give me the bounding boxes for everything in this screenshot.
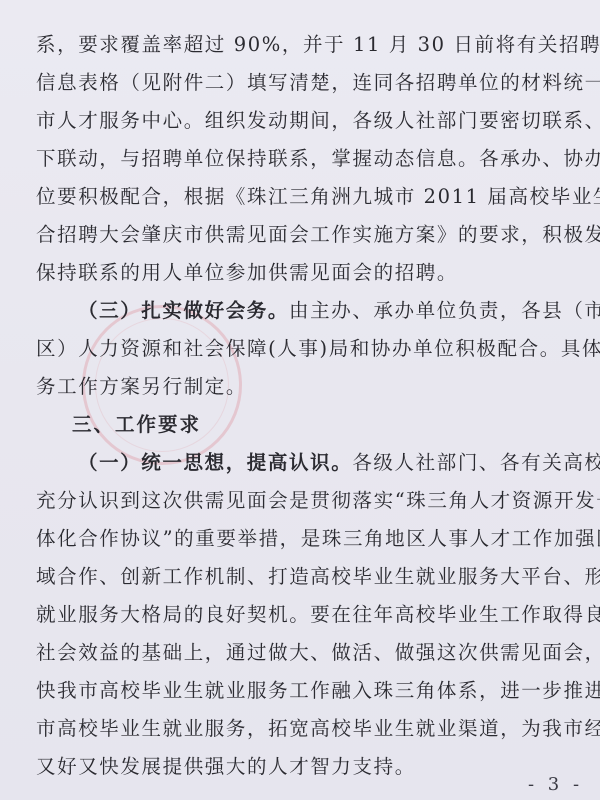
body-line: 体化合作协议”的重要举措，是珠三角地区人事人才工作加强区 bbox=[36, 527, 576, 551]
section-heading: 三、工作要求 bbox=[72, 413, 570, 437]
body-line: 市人才服务中心。组织发动期间，各级人社部门要密切联系、上 bbox=[36, 109, 576, 133]
body-line: 社会效益的基础上，通过做大、做活、做强这次供需见面会，加 bbox=[36, 641, 576, 665]
body-line: 域合作、创新工作机制、打造高校毕业生就业服务大平台、形成 bbox=[36, 565, 576, 589]
body-line: 保持联系的用人单位参加供需见面会的招聘。 bbox=[36, 261, 576, 285]
body-line: 下联动，与招聘单位保持联系，掌握动态信息。各承办、协办单 bbox=[36, 147, 576, 171]
body-line: 合招聘大会肇庆市供需见面会工作实施方案》的要求，积极发动 bbox=[36, 223, 576, 247]
body-line: 市高校毕业生就业服务，拓宽高校毕业生就业渠道，为我市经济 bbox=[36, 717, 576, 741]
body-line: 务工作方案另行制定。 bbox=[36, 375, 576, 399]
body-line: 又好又快发展提供强大的人才智力支持。 bbox=[36, 755, 576, 779]
body-line: 位要积极配合，根据《珠江三角洲九城市 2011 届高校毕业生联 bbox=[36, 185, 576, 209]
req1-title: （一）统一思想，提高认识。 bbox=[78, 451, 352, 474]
document-page: 系，要求覆盖率超过 90%，并于 11 月 30 日前将有关招聘单位的 信息表格… bbox=[0, 0, 600, 800]
body-line: 就业服务大格局的良好契机。要在往年高校毕业生工作取得良好 bbox=[36, 603, 576, 627]
body-line: 充分认识到这次供需见面会是贯彻落实“珠三角人才资源开发一 bbox=[36, 489, 576, 513]
page-number: - 3 - bbox=[528, 774, 583, 795]
item3-title: （三）扎实做好会务。 bbox=[78, 299, 289, 322]
req1-first-line: （一）统一思想，提高认识。各级人社部门、各有关高校要 bbox=[78, 451, 576, 475]
req1-text: 各级人社部门、各有关高校要 bbox=[352, 451, 600, 474]
body-line: 快我市高校毕业生就业服务工作融入珠三角体系，进一步推进我 bbox=[36, 679, 576, 703]
body-line: 信息表格（见附件二）填写清楚，连同各招聘单位的材料统一报 bbox=[36, 71, 576, 95]
item3-first-line: （三）扎实做好会务。由主办、承办单位负责，各县（市、 bbox=[78, 299, 576, 323]
item3-text: 由主办、承办单位负责，各县（市、 bbox=[289, 299, 600, 322]
body-line: 系，要求覆盖率超过 90%，并于 11 月 30 日前将有关招聘单位的 bbox=[36, 33, 576, 57]
body-line: 区）人力资源和社会保障(人事)局和协办单位积极配合。具体会 bbox=[36, 337, 576, 361]
